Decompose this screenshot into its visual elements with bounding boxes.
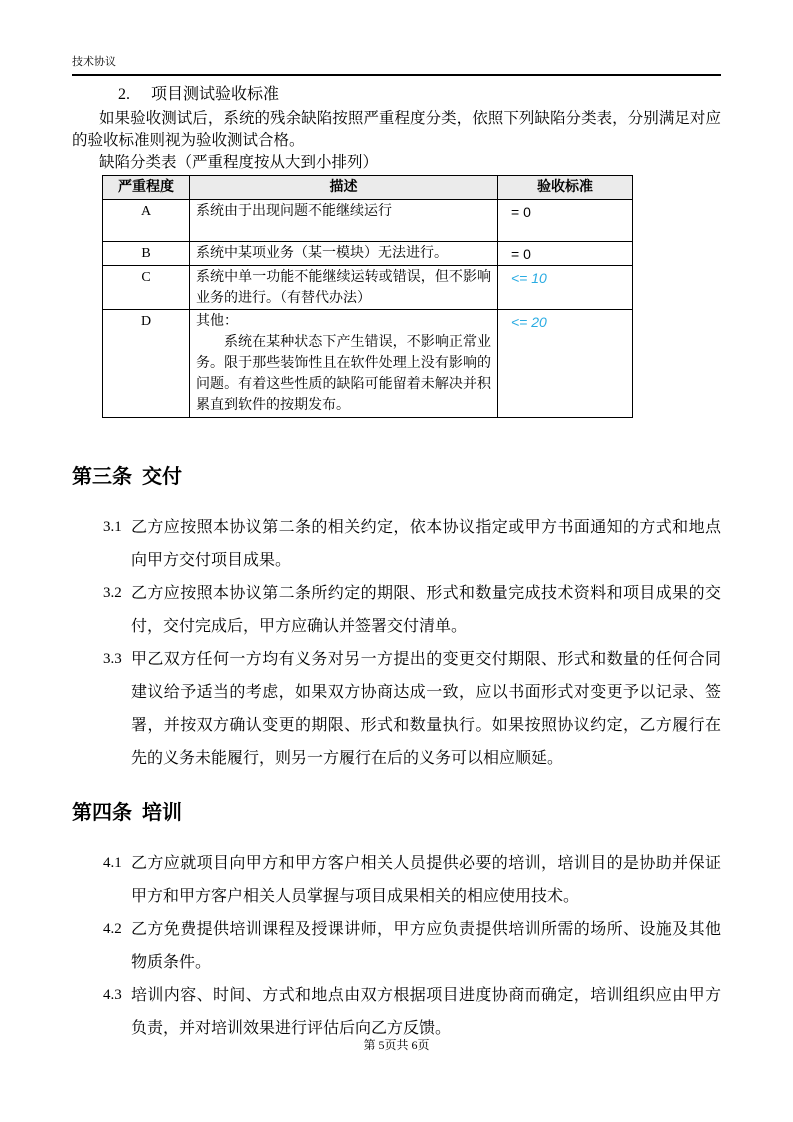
table-row-severity-a: A 系统由于出现问题不能继续运行 = 0 [103, 200, 633, 242]
article-4-clauses: 4.1 乙方应就项目向甲方和甲方客户相关人员提供必要的培训，培训目的是协助并保证… [103, 847, 721, 1045]
article-3-heading: 第三条交付 [72, 465, 721, 489]
clause-3-3: 3.3 甲乙双方任何一方均有义务对另一方提出的变更交付期限、形式和数量的任何合同… [103, 643, 721, 775]
document-page: 技术协议 2.项目测试验收标准 如果验收测试后，系统的残余缺陷按照严重程度分类，… [0, 0, 793, 1122]
clause-text: 乙方应就项目向甲方和甲方客户相关人员提供必要的培训，培训目的是协助并保证甲方和甲… [131, 847, 721, 913]
header-title: 技术协议 [72, 56, 116, 68]
clause-number: 4.2 [103, 913, 131, 979]
clause-text: 乙方应按照本协议第二条的相关约定，依本协议指定或甲方书面通知的方式和地点向甲方交… [131, 511, 721, 577]
clause-4-2: 4.2 乙方免费提供培训课程及授课讲师，甲方应负责提供培训所需的场所、设施及其他… [103, 913, 721, 979]
clause-number: 3.3 [103, 643, 131, 775]
criteria-cell: <= 20 [498, 310, 633, 418]
article-3-title: 交付 [142, 466, 182, 488]
column-header-description: 描述 [190, 176, 498, 200]
article-3-number: 第三条 [72, 466, 132, 488]
section-2-title: 项目测试验收标准 [151, 86, 279, 103]
description-label: 其他： [196, 311, 491, 332]
description-detail: 系统在某种状态下产生错误，不影响正常业务。限于那些装饰性且在软件处理上没有影响的… [196, 332, 491, 416]
description-cell: 系统中单一功能不能继续运转或错误，但不影响业务的进行。（有替代办法） [190, 266, 498, 310]
clause-4-1: 4.1 乙方应就项目向甲方和甲方客户相关人员提供必要的培训，培训目的是协助并保证… [103, 847, 721, 913]
severity-cell: A [103, 200, 190, 242]
defect-table-caption: 缺陷分类表（严重程度按从大到小排列） [72, 152, 721, 173]
clause-number: 3.1 [103, 511, 131, 577]
section-2-intro-paragraph: 如果验收测试后，系统的残余缺陷按照严重程度分类，依照下列缺陷分类表，分别满足对应… [72, 108, 721, 152]
article-3-clauses: 3.1 乙方应按照本协议第二条的相关约定，依本协议指定或甲方书面通知的方式和地点… [103, 511, 721, 775]
clause-3-2: 3.2 乙方应按照本协议第二条所约定的期限、形式和数量完成技术资料和项目成果的交… [103, 577, 721, 643]
severity-cell: D [103, 310, 190, 418]
article-4-title: 培训 [142, 802, 182, 824]
table-row-severity-b: B 系统中某项业务（某一模块）无法进行。 = 0 [103, 242, 633, 266]
criteria-cell: = 0 [498, 242, 633, 266]
column-header-severity: 严重程度 [103, 176, 190, 200]
clause-3-1: 3.1 乙方应按照本协议第二条的相关约定，依本协议指定或甲方书面通知的方式和地点… [103, 511, 721, 577]
table-row-severity-d: D 其他： 系统在某种状态下产生错误，不影响正常业务。限于那些装饰性且在软件处理… [103, 310, 633, 418]
criteria-cell: <= 10 [498, 266, 633, 310]
clause-number: 4.1 [103, 847, 131, 913]
running-header: 技术协议 [72, 55, 721, 76]
section-2-number: 2. [118, 84, 151, 105]
severity-cell: B [103, 242, 190, 266]
severity-cell: C [103, 266, 190, 310]
criteria-cell: = 0 [498, 200, 633, 242]
clause-text: 乙方应按照本协议第二条所约定的期限、形式和数量完成技术资料和项目成果的交付，交付… [131, 577, 721, 643]
clause-text: 乙方免费提供培训课程及授课讲师，甲方应负责提供培训所需的场所、设施及其他物质条件… [131, 913, 721, 979]
defect-classification-table: 严重程度 描述 验收标准 A 系统由于出现问题不能继续运行 = 0 B 系统中某… [102, 175, 633, 418]
clause-number: 3.2 [103, 577, 131, 643]
description-cell: 系统中某项业务（某一模块）无法进行。 [190, 242, 498, 266]
page-footer: 第 5页共 6页 [0, 1036, 793, 1053]
description-cell: 系统由于出现问题不能继续运行 [190, 200, 498, 242]
column-header-criteria: 验收标准 [498, 176, 633, 200]
table-header-row: 严重程度 描述 验收标准 [103, 176, 633, 200]
description-cell: 其他： 系统在某种状态下产生错误，不影响正常业务。限于那些装饰性且在软件处理上没… [190, 310, 498, 418]
page-number: 第 5页共 6页 [363, 1038, 429, 1052]
table-row-severity-c: C 系统中单一功能不能继续运转或错误，但不影响业务的进行。（有替代办法） <= … [103, 266, 633, 310]
article-4-heading: 第四条培训 [72, 801, 721, 825]
clause-text: 甲乙双方任何一方均有义务对另一方提出的变更交付期限、形式和数量的任何合同建议给予… [131, 643, 721, 775]
article-4-number: 第四条 [72, 802, 132, 824]
section-2-heading: 2.项目测试验收标准 [72, 84, 721, 105]
